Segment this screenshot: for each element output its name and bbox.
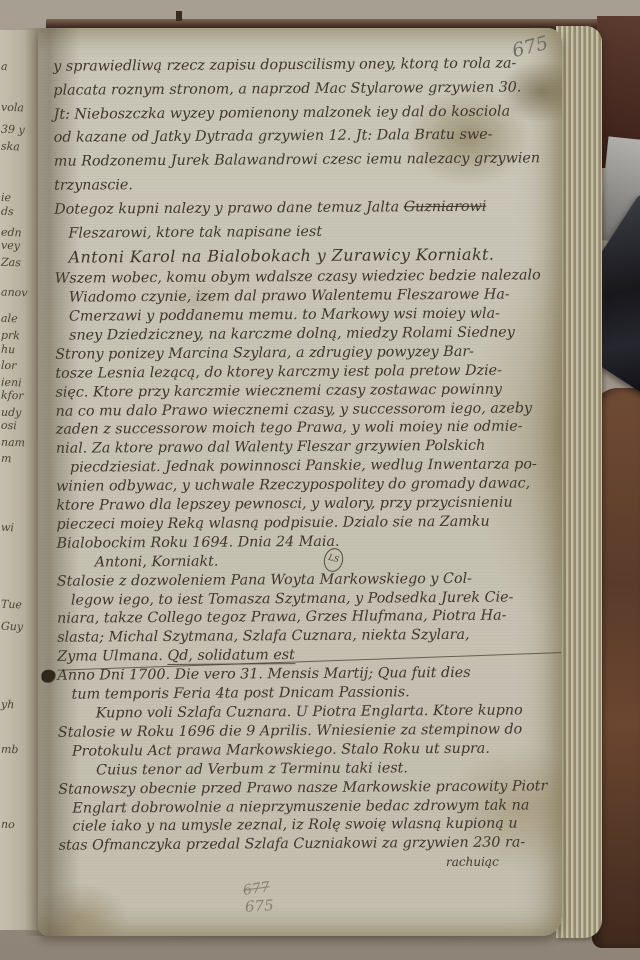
margin-fragment: edn — [1, 226, 22, 240]
margin-fragment: Guy — [1, 620, 24, 634]
page-fore-edge — [556, 26, 602, 938]
manuscript-line: Antoni Karol na Bialobokach y Zurawicy K… — [54, 243, 552, 270]
margin-fragment: vey — [1, 239, 20, 253]
handwritten-text-block: y sprawiedliwą rzecz zapisu dopuscilismy… — [53, 52, 557, 875]
binding-clasp — [176, 11, 182, 21]
manuscript-line: trzynascie. — [54, 171, 552, 198]
manuscript-line: Fleszarowi, ktore tak napisane iest — [54, 219, 552, 246]
margin-fragment: m — [1, 452, 12, 465]
margin-fragment: udy — [1, 406, 22, 420]
margin-fragment: Zas — [1, 256, 21, 270]
manuscript-line: pieczeci moiey Reką wlasną podpisuie. Dz… — [56, 512, 554, 534]
manuscript-line: Anno Dni 1700. Die vero 31. Mensis Marti… — [57, 663, 555, 685]
margin-fragment: yh — [1, 698, 15, 711]
manuscript-line: od kazane od Jatky Dytrada grzywien 12. … — [54, 124, 552, 151]
margin-fragment: lor — [1, 359, 17, 373]
margin-fragment: osi — [1, 419, 17, 433]
margin-fragment: mb — [1, 743, 19, 757]
photo-of-manuscript: avola39 yskaiedsednveyZasanovaleprkhulor… — [0, 0, 640, 960]
margin-fragment: Tue — [1, 598, 22, 612]
margin-fragment: ds — [1, 205, 14, 218]
manuscript-line: Jt: Nieboszczka wyzey pomienony malzonek… — [53, 100, 551, 127]
manuscript-line: mu Rodzonemu Jurek Balawandrowi czesc ie… — [54, 147, 552, 174]
margin-fragment: ale — [1, 312, 18, 326]
page-number-bottom-group: 677 675 — [243, 878, 274, 915]
manuscript-page: 675 y sprawiedliwą rzecz zapisu dopuscil… — [38, 28, 562, 936]
manuscript-line: sney Dziedziczney, na karczme dolną, mie… — [55, 323, 553, 345]
manuscript-line: niara, takze Collego tegoz Prawa, Grzes … — [57, 607, 555, 629]
manuscript-line: Protokulu Act prawa Markowskiego. Stalo … — [58, 739, 556, 761]
manuscript-line: rachuiąc — [59, 853, 557, 875]
margin-fragment: vola — [1, 101, 24, 115]
margin-fragment: wi — [1, 521, 14, 534]
manuscript-line: y sprawiedliwą rzecz zapisu dopuscilismy… — [53, 52, 551, 79]
margin-fragment: ie — [1, 191, 11, 204]
page-number-bottom: 675 — [243, 896, 275, 916]
previous-page-sliver: avola39 yskaiedsednveyZasanovaleprkhulor… — [0, 30, 42, 930]
margin-fragment: anov — [1, 286, 28, 300]
margin-fragment: prk — [1, 329, 20, 343]
margin-fragment: hu — [1, 343, 16, 356]
margin-fragment: no — [1, 818, 15, 831]
margin-fragment: ieni — [1, 376, 22, 390]
margin-fragment: ska — [1, 140, 20, 154]
margin-fragment: kfor — [1, 389, 24, 403]
margin-fragment: nam — [1, 436, 26, 450]
manuscript-line: Dotegoz kupni nalezy y prawo dane temuz … — [54, 195, 552, 222]
margin-fragment: 39 y — [1, 123, 25, 137]
margin-fragment: a — [1, 60, 8, 73]
manuscript-line: placata roznym stronom, a naprzod Mac St… — [53, 76, 551, 103]
